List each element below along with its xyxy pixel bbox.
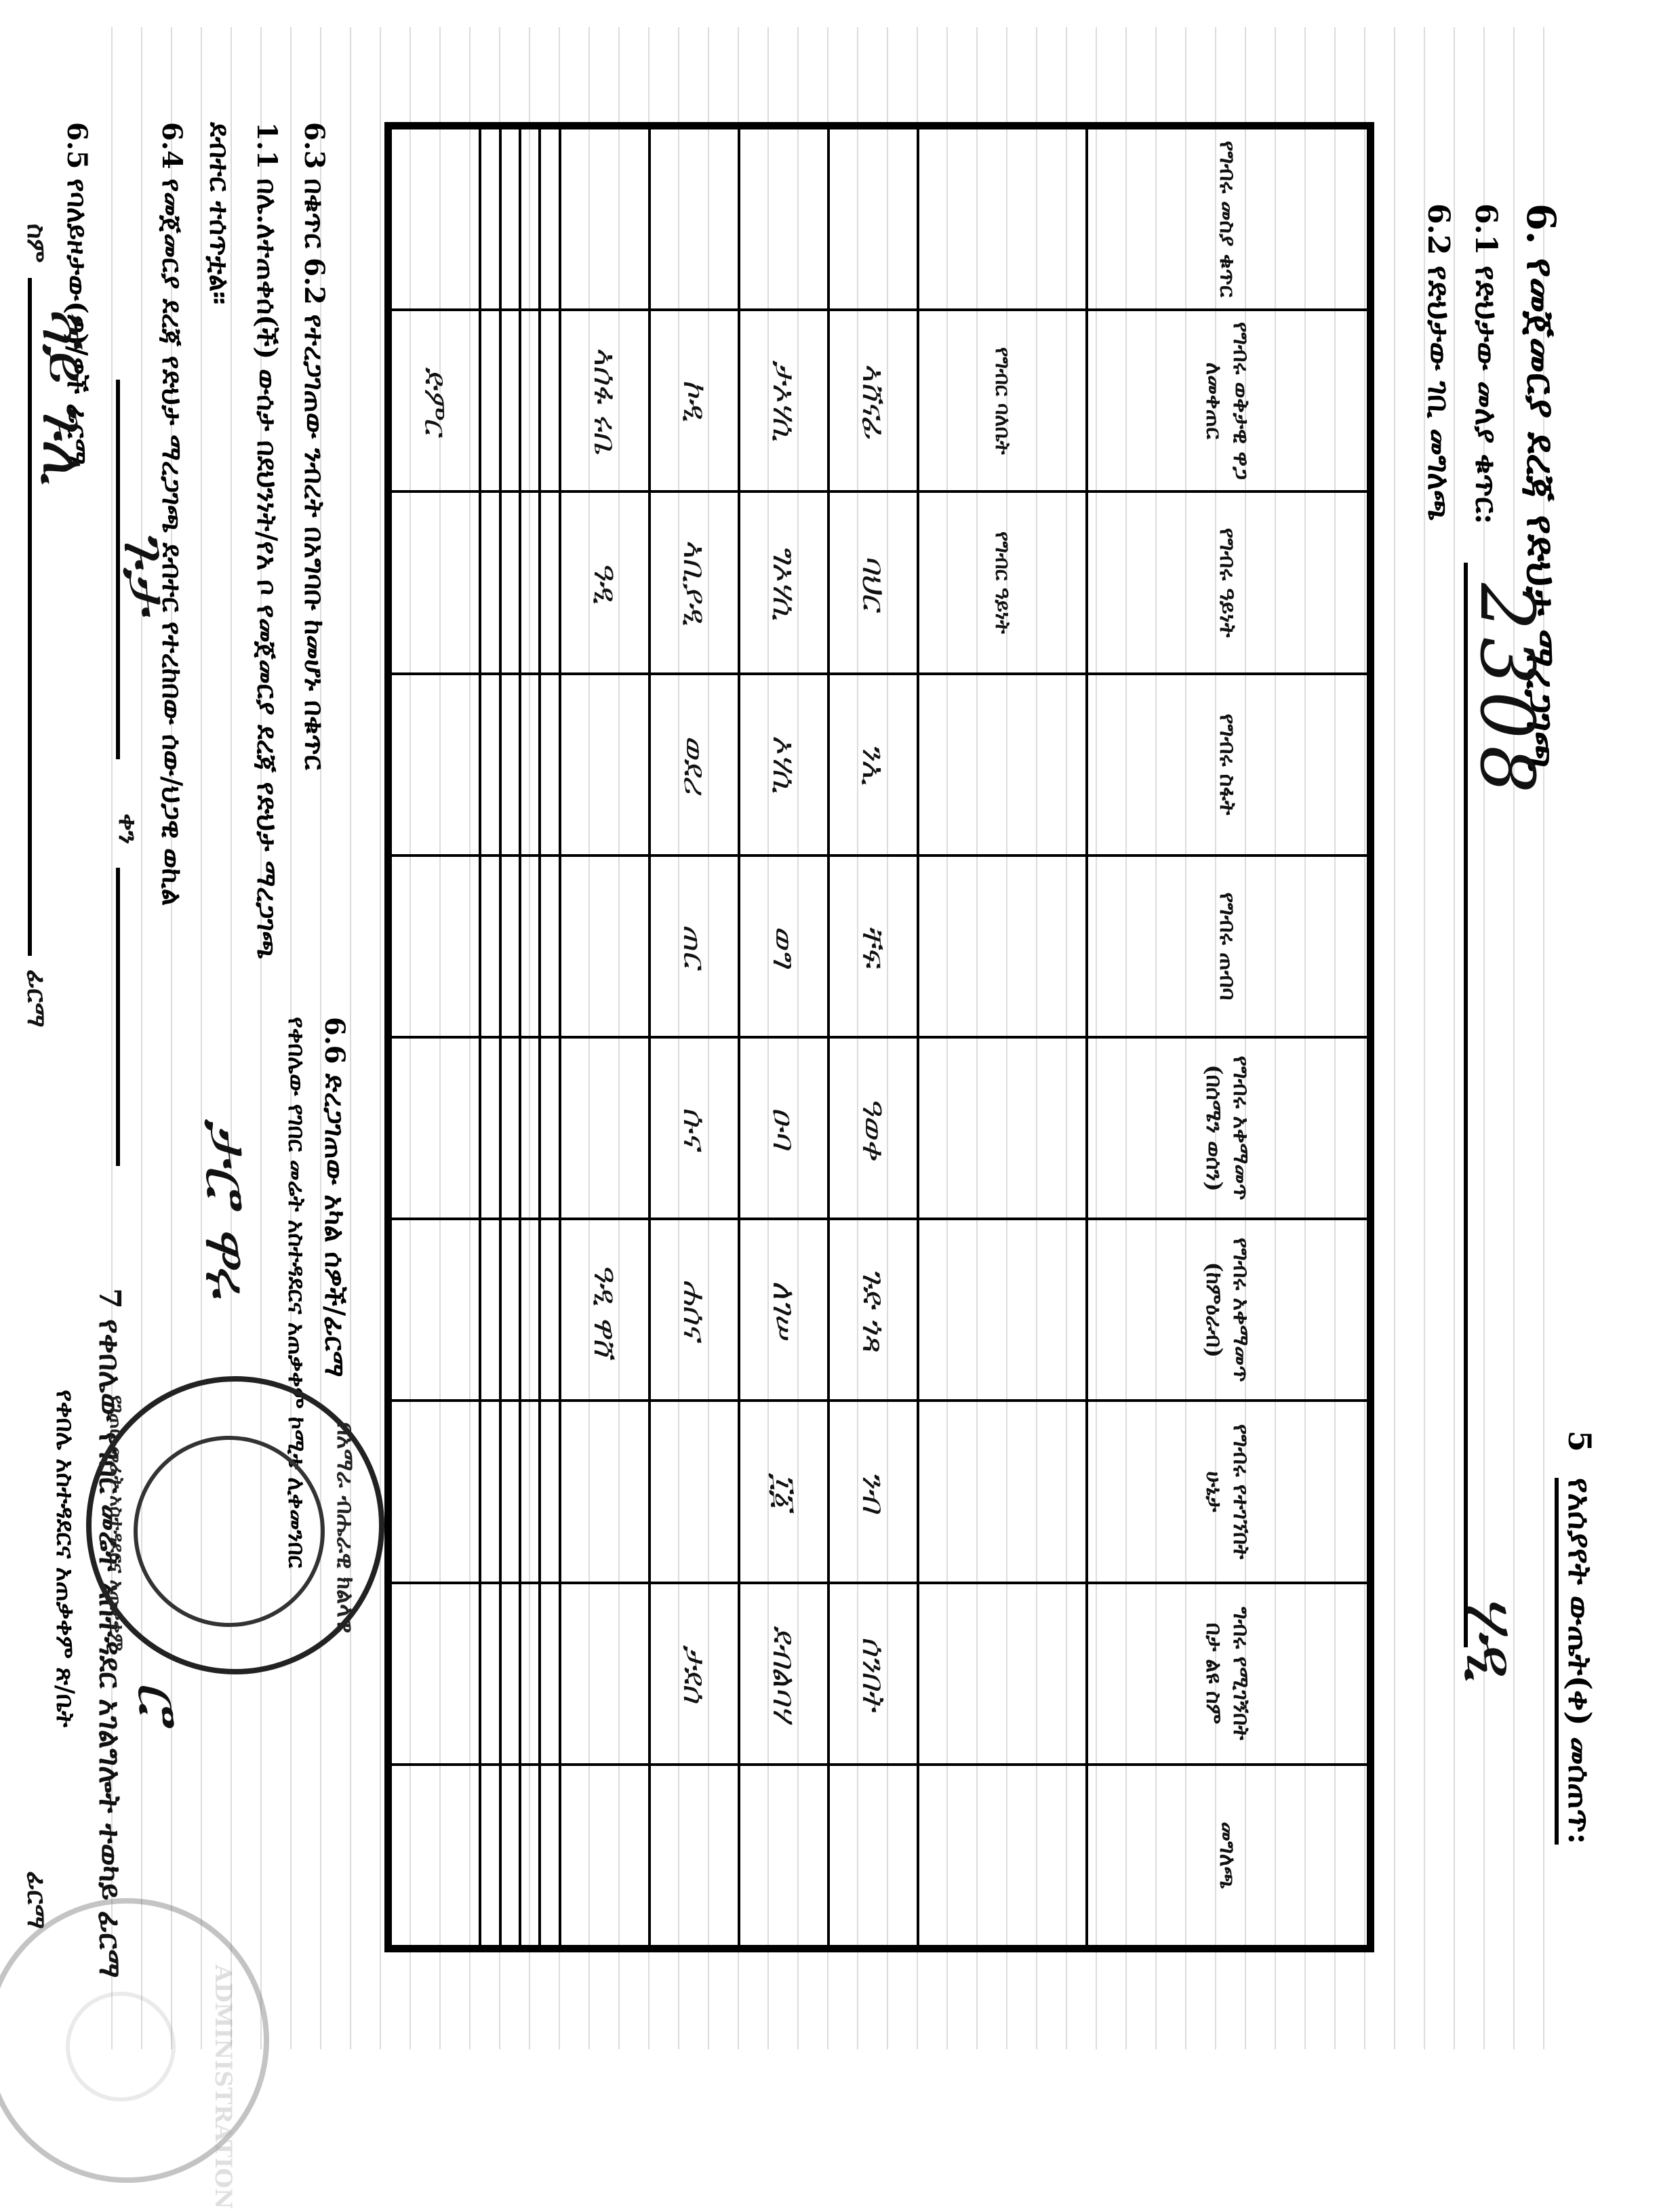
right-heading-prefix: 5 [1561, 1430, 1598, 1452]
table-subheader-6 [918, 1219, 1087, 1401]
table-header-3: የግብሩ ስፋት [1087, 674, 1368, 856]
document-sheet: 6. የመጀመርያ ደረጃ የድህታ ማረጋገጫ 6.1 የድህታው መለያ ቁ… [0, 0, 1659, 2212]
faint-stamp-text: ADMINISTRATION [209, 1965, 237, 2209]
table-header-4: የግብሩ ጠብባ [1087, 856, 1368, 1037]
table-cell [480, 491, 500, 673]
table-cell [500, 1401, 520, 1582]
section-6-2-label: 6.2 የድህታው ገቢ መግለጫ [1421, 203, 1456, 521]
table-cell: ኦሃሲ [739, 674, 828, 856]
table-cell [649, 1401, 739, 1582]
section-6-4-date-line [116, 868, 120, 1166]
table-cell: ሰንበት [828, 1583, 918, 1765]
table-cell [540, 856, 559, 1037]
table-subheader-1: የግብር ባለቤት [918, 310, 1087, 491]
table-cell [649, 1765, 739, 1946]
section-6-5-sign-label: ፊርማ [21, 969, 52, 1028]
table-cell [520, 856, 540, 1037]
table-row: ኣሸናፊባህርንኢቸፍዓወቀጉድ ጎጻንብሰንበት [828, 128, 918, 1946]
section-7-committee: የቀበሌ አስተዳደርና አጠቃቀም ጽ/ቤት [50, 1390, 79, 1727]
table-row: ድምር [391, 128, 480, 1946]
table-cell [480, 1219, 500, 1401]
table-cell [480, 1583, 500, 1765]
table-subheader-7 [918, 1401, 1087, 1582]
table-cell [520, 1037, 540, 1219]
table-row: ኣሰፋ ሩቤዓዲዓዲ ዋሸ [560, 128, 649, 1946]
table-cell: ለገሠ [739, 1219, 828, 1401]
section-7-signature: ሮ [123, 1681, 195, 1722]
table-header-9: መግለጫ [1087, 1765, 1368, 1946]
table-cell [560, 1037, 649, 1219]
faint-stamp: ADMINISTRATION [0, 1898, 269, 2183]
table-cell [560, 1401, 649, 1582]
table-subheader-2: የግብር ዓይነት [918, 491, 1087, 673]
section-6-1-value: 2308 [1464, 583, 1551, 800]
table-cell: ዓዲ ዋሸ [560, 1219, 649, 1401]
table-cell [540, 674, 559, 856]
stamp-text-bottom: የገጠር መሬት አስተዳደርና አጠቃቀም [105, 1395, 128, 1651]
table-cell: ንብ [828, 1401, 918, 1582]
section-6-4-sign-line [116, 380, 120, 759]
table-subheader-3 [918, 674, 1087, 856]
table-cell [560, 128, 649, 310]
table-cell [520, 128, 540, 310]
table-cell [500, 1583, 520, 1765]
table-cell [480, 128, 500, 310]
holdings-table: የግብሩ መስያ ቁጥርየግብሩ ወቅታዊ ዋጋ ለመቀጠርየግብሩ ዓይነትየ… [384, 122, 1374, 1952]
section-6-3-text: 6.3 በቁጥር 6.2 የተረጋገጠው ንብረት በአግባቡ ከመሆኑ በቁጥ… [298, 122, 330, 770]
table-cell [540, 1401, 559, 1582]
table-cell [391, 856, 480, 1037]
table-cell [500, 310, 520, 491]
table-cell [480, 1765, 500, 1946]
table-cell [540, 491, 559, 673]
table-header-5: የግብሩ አቀማመጥ (በሰሜን ወሰን) [1087, 1037, 1368, 1219]
table-cell [500, 1219, 520, 1401]
table-subheader-4 [918, 856, 1087, 1037]
section-7-sign-label: ፊርማ [21, 1871, 52, 1929]
table-cell [560, 674, 649, 856]
table-cell: ንኢ [828, 674, 918, 856]
section-6-5-signature: ሻይ ጉሊ [28, 305, 100, 485]
table-cell [480, 310, 500, 491]
table-cell [500, 674, 520, 856]
table-cell [500, 1037, 520, 1219]
table-row: ታኦሃሲግኦሃሲኦሃሲወግዑባለገሠ፲፩ደብልባሃ [739, 128, 828, 1946]
table-header-2: የግብሩ ዓይነት [1087, 491, 1368, 673]
table-cell [540, 1037, 559, 1219]
section-6-4-date-label: ቀን [113, 813, 144, 844]
table-cell: ኣሰፋ ሩቤ [560, 310, 649, 491]
table-cell [391, 1583, 480, 1765]
table-row: ኮዲኣቢያዲወደሪጠርሱናሐሰናታደሰ [649, 128, 739, 1946]
table-cell: ዑባ [739, 1037, 828, 1219]
table-cell: ኣቢያዲ [649, 491, 739, 673]
table-cell [520, 674, 540, 856]
table-cell [391, 1219, 480, 1401]
table-cell: ወግ [739, 856, 828, 1037]
table-cell [480, 674, 500, 856]
table-cell: ኣሸናፊ [828, 310, 918, 491]
table-cell [520, 1401, 540, 1582]
table-cell: ዓዲ [560, 491, 649, 673]
table-subheader-0 [918, 128, 1087, 310]
right-heading-signature: ሃዲ [1450, 1593, 1530, 1682]
table-cell [560, 1765, 649, 1946]
table-cell [540, 1765, 559, 1946]
table-cell [480, 1037, 500, 1219]
section-6-3-text-line3: ደብተር ተሰጥቷል። [203, 122, 235, 304]
table-header-8: ግብሩ የሚገኝበት በታ ልዩ ስም [1087, 1583, 1368, 1765]
table-row [520, 128, 540, 1946]
table-cell: ታደሰ [649, 1583, 739, 1765]
section-6-5-name-label: ስም [21, 224, 52, 263]
section-6-3-text-line2: 1.1 በሌ.ለተጠቀሰ(ች) ውሰታ በደህንነት/የአ ቦ የመጀመርያ ደ… [251, 122, 283, 959]
table-cell [828, 128, 918, 310]
table-cell: ሐሰና [649, 1219, 739, 1401]
table-cell: ደብልባሃ [739, 1583, 828, 1765]
table-cell [540, 310, 559, 491]
table-subheader-9 [918, 1765, 1087, 1946]
table-cell: ወደሪ [649, 674, 739, 856]
table-cell [560, 1583, 649, 1765]
official-stamp: በአማራ ብሔራዊ ክልላዊ የገጠር መሬት አስተዳደርና አጠቃቀም [86, 1376, 384, 1674]
table-subheader-5 [918, 1037, 1087, 1219]
table-row [500, 128, 520, 1946]
table-cell [560, 856, 649, 1037]
table-cell [520, 1583, 540, 1765]
table-cell [480, 856, 500, 1037]
table-cell [391, 1037, 480, 1219]
table-cell: ኮዲ [649, 310, 739, 491]
table-cell [739, 1765, 828, 1946]
table-cell [391, 491, 480, 673]
table-header-0: የግብሩ መስያ ቁጥር [1087, 128, 1368, 310]
table-cell [391, 1765, 480, 1946]
table-cell: ጉድ ጎጻ [828, 1219, 918, 1401]
table-header-6: የግብሩ አቀማመጥ (ከምዕራብ) [1087, 1219, 1368, 1401]
table-cell [391, 1401, 480, 1582]
table-cell: ድምር [391, 310, 480, 491]
table-cell [391, 674, 480, 856]
table-cell [480, 1401, 500, 1582]
table-cell [520, 491, 540, 673]
stamp-text-top: በአማራ ብሔራዊ ክልላዊ [332, 1422, 359, 1633]
section-6-1-label: 6.1 የድህታው መለያ ቁጥር: [1468, 203, 1503, 525]
table-cell [649, 128, 739, 310]
table-cell [540, 128, 559, 310]
table-cell [739, 128, 828, 310]
table-cell [500, 128, 520, 310]
table-cell: ፲፩ [739, 1401, 828, 1582]
table-cell [391, 128, 480, 310]
table-cell: ሱና [649, 1037, 739, 1219]
table-cell [540, 1583, 559, 1765]
table-row [480, 128, 500, 1946]
table-header-7: የግብሩ የተገኘበት ሁኔታ [1087, 1401, 1368, 1582]
section-6-4-text: 6.4 የመጀመርያ ደረጃ የድህታ ማረጋገጫ ደብተር የተረከበው ሰው… [156, 122, 188, 906]
table-cell [500, 856, 520, 1037]
stamp-inner-ring [134, 1436, 325, 1627]
table-cell [500, 1765, 520, 1946]
table-cell [520, 1219, 540, 1401]
table-cell: ዓወቀ [828, 1037, 918, 1219]
table-cell: ታኦሃሲ [739, 310, 828, 491]
table-cell: ግኦሃሲ [739, 491, 828, 673]
table-cell: ባህር [828, 491, 918, 673]
table-row [540, 128, 559, 1946]
table-subheader-8 [918, 1583, 1087, 1765]
right-heading: የአሰያየት ውጤት(ቀ) መሰጠጥ: [1555, 1478, 1598, 1845]
section-6-6-label: 6.6 ድረጋገጠው አካል ሰዎች/ፊርማ [319, 1017, 351, 1378]
table-cell [520, 1765, 540, 1946]
table-header-1: የግብሩ ወቅታዊ ዋጋ ለመቀጠር [1087, 310, 1368, 491]
table-cell: ቸፍ [828, 856, 918, 1037]
faint-stamp-inner [66, 1992, 176, 2102]
table-cell [500, 491, 520, 673]
table-cell: ጠር [649, 856, 739, 1037]
table-cell [828, 1765, 918, 1946]
table-cell [520, 310, 540, 491]
table-cell [540, 1219, 559, 1401]
section-6-6-signature: ታሮ ዋሩ [191, 1119, 262, 1297]
